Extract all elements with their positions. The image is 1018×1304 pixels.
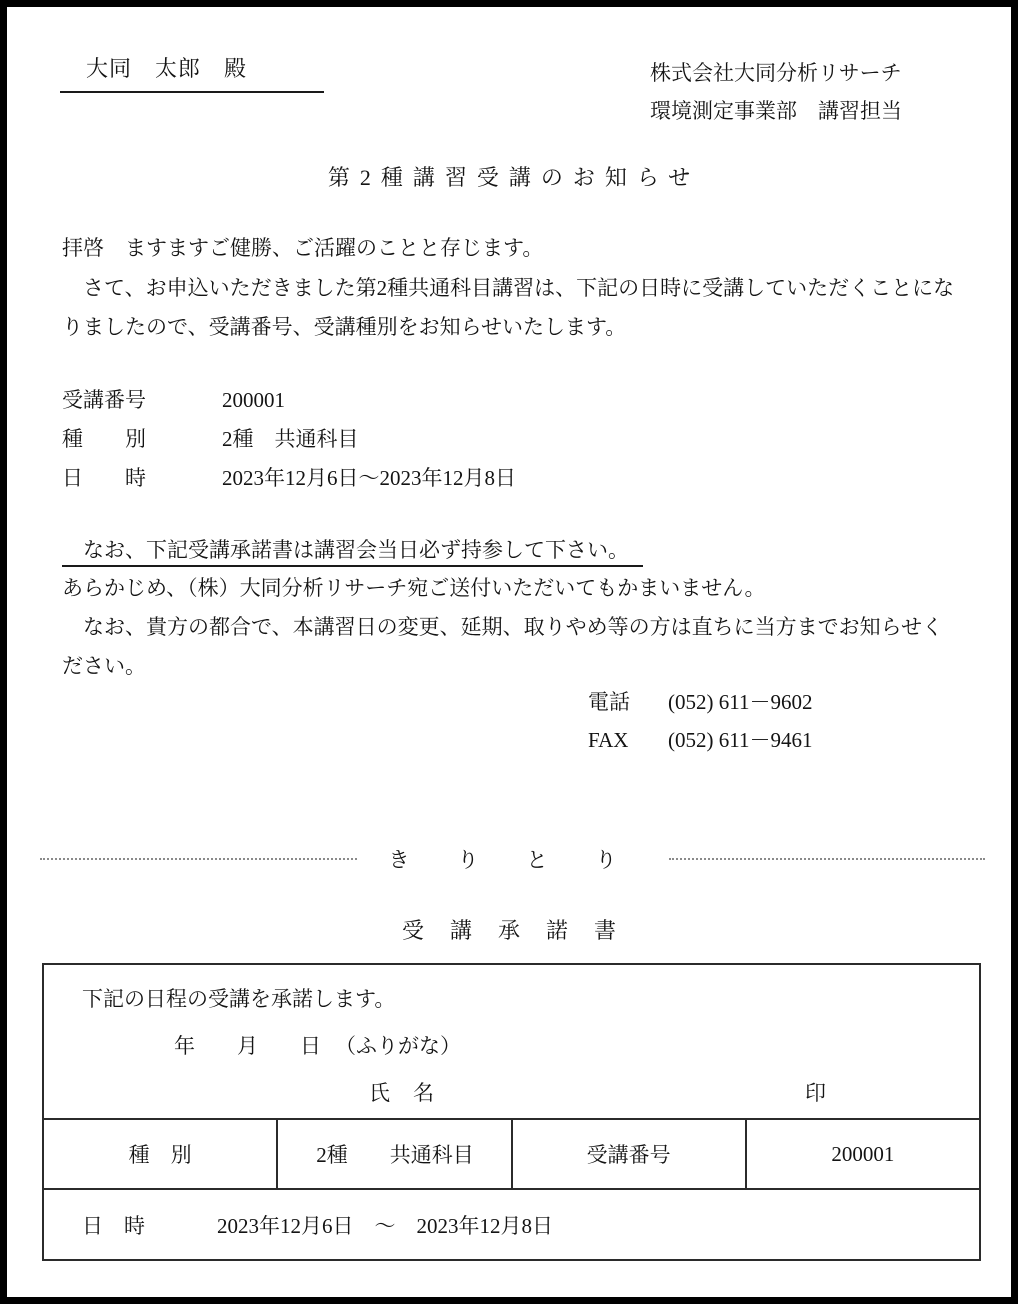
note-followup: あらかじめ、（株）大同分析リサーチ宛ご送付いただいてもかまいません。 (62, 569, 959, 608)
consent-form-table: 下記の日程の受講を承諾します。 年 月 日（ふりがな） 氏 名 印 種 別 2種… (42, 963, 981, 1261)
seal-label: 印 (805, 1077, 826, 1107)
cutline-label: きりとり (357, 844, 669, 874)
consent-header-cell: 下記の日程の受講を承諾します。 年 月 日（ふりがな） 氏 名 印 (43, 964, 980, 1119)
name-label: 氏 名 (369, 1077, 435, 1107)
detail-value-category: 2種 共通科目 (222, 427, 359, 451)
category-label-cell: 種 別 (43, 1119, 277, 1189)
detail-label-category: 種 別 (62, 420, 222, 459)
detail-value-number: 200001 (222, 388, 285, 412)
number-label-cell: 受講番号 (512, 1119, 746, 1189)
recipient-name: 大同 太郎 殿 (60, 52, 324, 93)
consent-category-row: 種 別 2種 共通科目 受講番号 200001 (43, 1119, 980, 1189)
datetime-label: 日 時 (82, 1210, 217, 1240)
note-underlined-line: なお、下記受講承諾書は講習会当日必ず持参して下さい。 (62, 531, 959, 570)
consent-header-row: 下記の日程の受講を承諾します。 年 月 日（ふりがな） 氏 名 印 (43, 964, 980, 1119)
fax-value: (052) 611－9461 (668, 728, 812, 752)
consent-form-title: 受講承諾書 (7, 914, 1011, 945)
tel-label: 電話 (588, 683, 668, 721)
datetime-value: 2023年12月6日 ～ 2023年12月8日 (217, 1214, 553, 1238)
contact-tel-row: 電話(052) 611－9602 (588, 683, 812, 721)
contact-fax-row: FAX(052) 611－9461 (588, 721, 812, 759)
note-underlined-text: なお、下記受講承諾書は講習会当日必ず持参して下さい。 (62, 538, 643, 567)
detail-label-datetime: 日 時 (62, 459, 222, 498)
detail-value-datetime: 2023年12月6日～2023年12月8日 (222, 466, 516, 490)
consent-datetime-row: 日 時2023年12月6日 ～ 2023年12月8日 (43, 1189, 980, 1260)
furigana-label: （ふりがな） (335, 1034, 461, 1058)
fax-label: FAX (588, 721, 668, 759)
consent-date-line: 年 月 日（ふりがな） (174, 1030, 979, 1060)
cutline-dotted-left (40, 858, 357, 860)
detail-row-category: 種 別2種 共通科目 (62, 420, 516, 459)
datetime-cell: 日 時2023年12月6日 ～ 2023年12月8日 (43, 1189, 980, 1260)
detail-row-datetime: 日 時2023年12月6日～2023年12月8日 (62, 459, 516, 498)
consent-name-line: 氏 名 印 (44, 1077, 979, 1103)
cutline-dotted-right (669, 858, 986, 860)
sender-block: 株式会社大同分析リサーチ 環境測定事業部 講習担当 (650, 54, 902, 130)
greeting-paragraph: 拝啓 ますますご健勝、ご活躍のことと存じます。 (62, 229, 959, 268)
consent-statement: 下記の日程の受講を承諾します。 (82, 983, 979, 1013)
category-value-cell: 2種 共通科目 (277, 1119, 511, 1189)
document-title: 第2種講習受講のお知らせ (7, 161, 1011, 192)
intro-paragraph: さて、お申込いただきました第2種共通科目講習は、下記の日時に受講していただくこと… (62, 269, 959, 347)
note-change: なお、貴方の都合で、本講習日の変更、延期、取りやめ等の方は直ちに当方までお知らせ… (62, 608, 959, 686)
cutline: きりとり (40, 839, 985, 879)
contact-block: 電話(052) 611－9602 FAX(052) 611－9461 (588, 683, 812, 759)
sender-company: 株式会社大同分析リサーチ (650, 54, 902, 92)
notice-document: 大同 太郎 殿 株式会社大同分析リサーチ 環境測定事業部 講習担当 第2種講習受… (0, 0, 1018, 1304)
course-details: 受講番号200001 種 別2種 共通科目 日 時2023年12月6日～2023… (62, 381, 516, 498)
detail-row-number: 受講番号200001 (62, 381, 516, 420)
number-value-cell: 200001 (746, 1119, 980, 1189)
tel-value: (052) 611－9602 (668, 690, 812, 714)
date-blanks: 年 月 日 (174, 1034, 321, 1058)
sender-department: 環境測定事業部 講習担当 (650, 92, 902, 130)
detail-label-number: 受講番号 (62, 381, 222, 420)
